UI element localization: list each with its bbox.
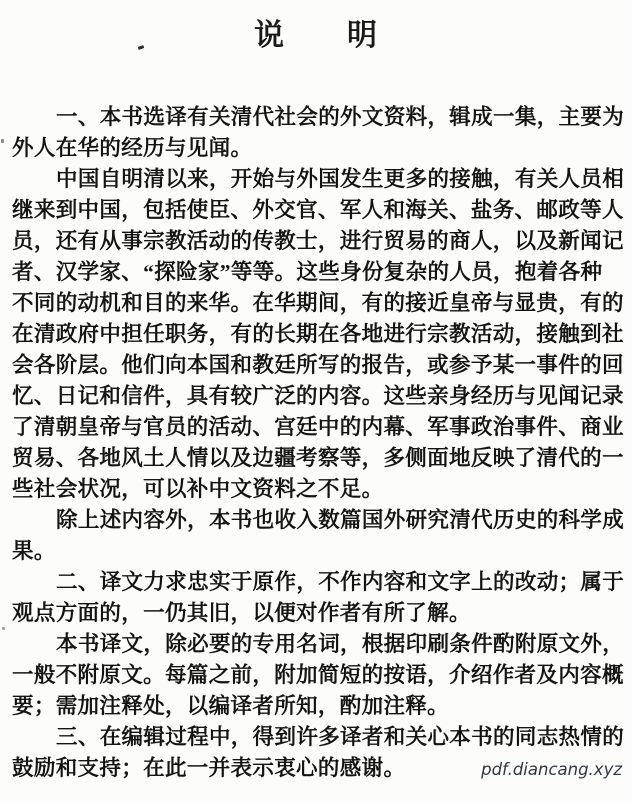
- text-line: 二、译文力求忠实于原作，不作内容和文字上的改动；属于: [12, 567, 624, 598]
- text-line: 不同的动机和目的来华。在华期间，有的接近皇帝与显贵，有的: [12, 288, 624, 319]
- watermark-text: pdf.diancang.xyz: [481, 760, 622, 779]
- text-line: 员，还有从事宗教活动的传教士，进行贸易的商人，以及新闻记: [12, 226, 624, 257]
- text-line: 一、本书选译有关清代社会的外文资料，辑成一集，主要为: [12, 102, 624, 133]
- text-line: 者、汉学家、“探险家”等等。这些身份复杂的人员，抱着各种: [12, 257, 624, 288]
- text-line: 一般不附原文。每篇之前，附加简短的按语，介绍作者及内容概: [12, 660, 624, 691]
- text-line: 本书译文，除必要的专用名词，根据印刷条件酌附原文外，: [12, 629, 624, 660]
- ink-speck: [2, 627, 5, 630]
- text-line: 要；需加注释处，以编译者所知，酌加注释。: [12, 691, 624, 722]
- text-line: 继来到中国，包括使臣、外交官、军人和海关、盐务、邮政等人: [12, 195, 624, 226]
- ink-speck: [1, 139, 4, 143]
- text-line: 外人在华的经历与见闻。: [12, 133, 624, 164]
- text-line: 在清政府中担任职务，有的长期在各地进行宗教活动，接触到社: [12, 319, 624, 350]
- text-line: 了清朝皇帝与官员的活动、宫廷中的内幕、军事政治事件、商业: [12, 412, 624, 443]
- text-line: 三、在编辑过程中，得到许多译者和关心本书的同志热情的: [12, 722, 624, 753]
- text-line: 会各阶层。他们向本国和教廷所写的报告，或参予某一事件的回: [12, 350, 624, 381]
- document-body: 一、本书选译有关清代社会的外文资料，辑成一集，主要为外人在华的经历与见闻。中国自…: [12, 102, 624, 784]
- text-line: 些社会状况，可以补中文资料之不足。: [12, 474, 624, 505]
- text-line: 中国自明清以来，开始与外国发生更多的接触，有关人员相: [12, 164, 624, 195]
- text-line: 贸易、各地风土人情以及边疆考察等，多侧面地反映了清代的一: [12, 443, 624, 474]
- text-line: 观点方面的，一仍其旧，以便对作者有所了解。: [12, 598, 624, 629]
- scanned-book-page: 说 明 一、本书选译有关清代社会的外文资料，辑成一集，主要为外人在华的经历与见闻…: [0, 0, 632, 801]
- text-line: 忆、日记和信件，具有较广泛的内容。这些亲身经历与见闻记录: [12, 381, 624, 412]
- text-line: 除上述内容外，本书也收入数篇国外研究清代历史的科学成: [12, 505, 624, 536]
- text-line: 果。: [12, 536, 624, 567]
- page-title: 说 明: [0, 10, 632, 54]
